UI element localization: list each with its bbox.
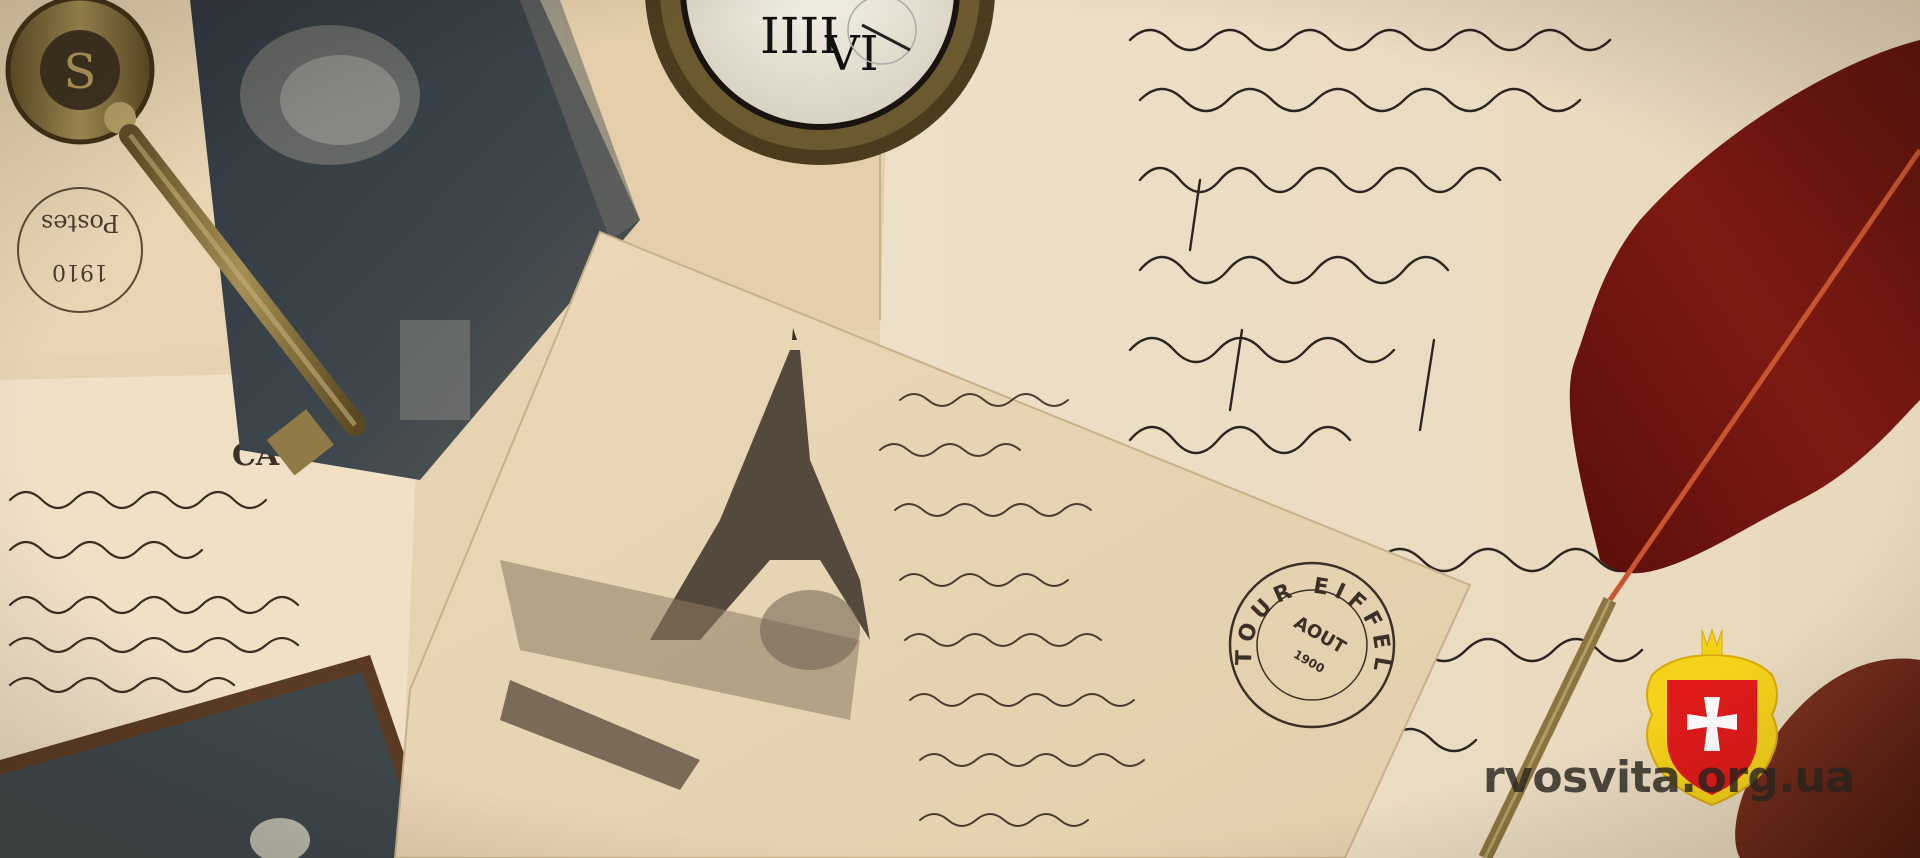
watermark-text: rvosvita.org.ua bbox=[1483, 752, 1855, 803]
